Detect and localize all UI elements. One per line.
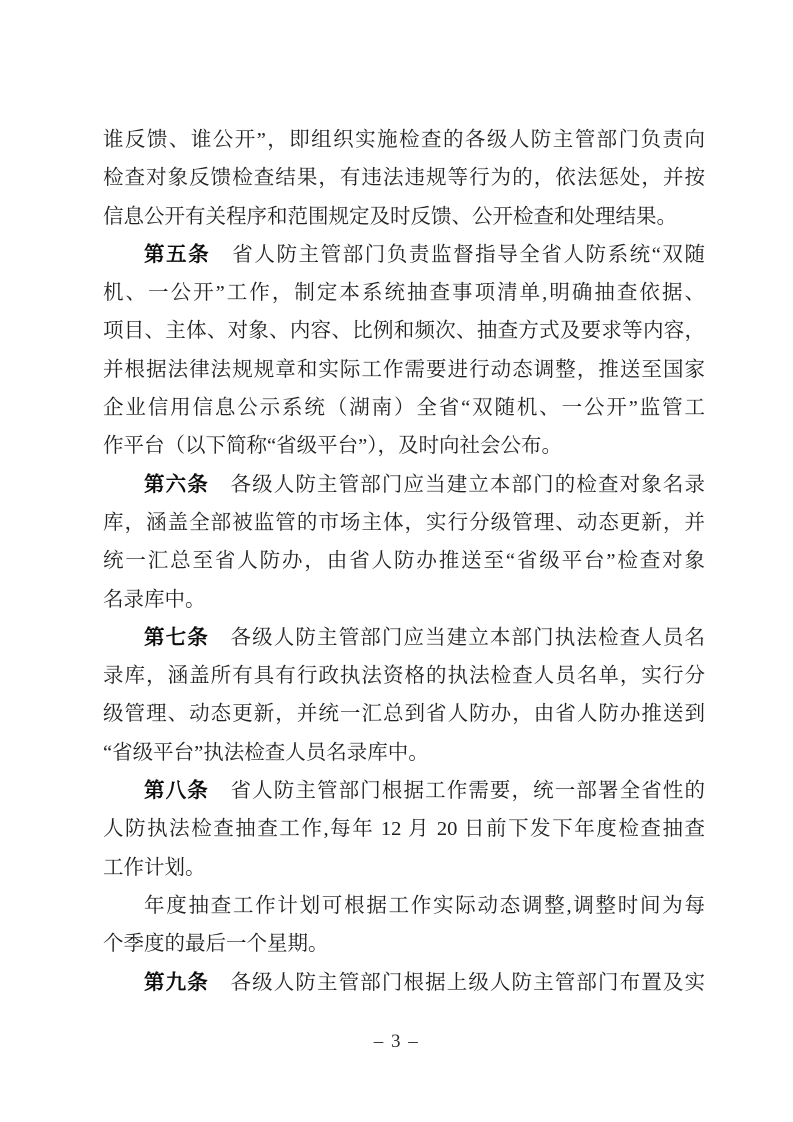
line-text: 谁反馈、谁公开”，即组织实施检查的各级人防主管部门负责向 bbox=[103, 129, 705, 151]
line-text: 检查对象反馈检查结果，有违法违规等行为的，依法惩处，并按 bbox=[103, 167, 705, 189]
line-text: 各级人防主管部门应当建立本部门执法检查人员名 bbox=[209, 627, 705, 649]
text-line: 库，涵盖全部被监管的市场主体，实行分级管理、动态更新，并 bbox=[103, 504, 705, 542]
article-number: 第八条 bbox=[144, 779, 209, 802]
text-line: 第九条 各级人防主管部门根据上级人防主管部门布置及实 bbox=[103, 964, 705, 1002]
line-text: 机、一公开”工作，制定本系统抽查事项清单,明确抽查依据、 bbox=[103, 282, 705, 304]
text-line: “省级平台”执法检查人员名录库中。 bbox=[103, 734, 705, 772]
page-footer: – 3 – bbox=[0, 1031, 793, 1053]
text-line: 机、一公开”工作，制定本系统抽查事项清单,明确抽查依据、 bbox=[103, 274, 705, 312]
text-line: 谁反馈、谁公开”，即组织实施检查的各级人防主管部门负责向 bbox=[103, 121, 705, 159]
article-number: 第五条 bbox=[144, 243, 210, 266]
text-line: 年度抽查工作计划可根据工作实际动态调整,调整时间为每 bbox=[103, 887, 705, 925]
text-line: 个季度的最后一个星期。 bbox=[103, 925, 705, 963]
text-line: 项目、主体、对象、内容、比例和频次、抽查方式及要求等内容， bbox=[103, 312, 705, 350]
text-line: 信息公开有关程序和范围规定及时反馈、公开检查和处理结果。 bbox=[103, 198, 705, 236]
text-line: 名录库中。 bbox=[103, 581, 705, 619]
line-text: 作平台（以下简称“省级平台”），及时向社会公布。 bbox=[103, 435, 562, 457]
text-line: 作平台（以下简称“省级平台”），及时向社会公布。 bbox=[103, 427, 705, 465]
article-number: 第九条 bbox=[144, 971, 209, 994]
article-number: 第六条 bbox=[144, 473, 209, 496]
text-line: 检查对象反馈检查结果，有违法违规等行为的，依法惩处，并按 bbox=[103, 159, 705, 197]
line-text: 级管理、动态更新，并统一汇总到省人防办，由省人防办推送到 bbox=[103, 703, 705, 725]
line-text: 项目、主体、对象、内容、比例和频次、抽查方式及要求等内容， bbox=[103, 320, 705, 342]
text-line: 第五条 省人防主管部门负责监督指导全省人防系统“双随 bbox=[103, 236, 705, 274]
line-text: “省级平台”执法检查人员名录库中。 bbox=[103, 742, 429, 764]
article-number: 第七条 bbox=[144, 626, 209, 649]
text-line: 工作计划。 bbox=[103, 849, 705, 887]
line-text: 各级人防主管部门应当建立本部门的检查对象名录 bbox=[209, 474, 705, 496]
text-line: 第六条 各级人防主管部门应当建立本部门的检查对象名录 bbox=[103, 466, 705, 504]
text-line: 录库，涵盖所有具有行政执法资格的执法检查人员名单，实行分 bbox=[103, 657, 705, 695]
page-number: – 3 – bbox=[374, 1031, 420, 1052]
line-text: 库，涵盖全部被监管的市场主体，实行分级管理、动态更新，并 bbox=[103, 512, 705, 534]
line-text: 省人防主管部门根据工作需要，统一部署全省性的 bbox=[209, 780, 705, 802]
line-text: 工作计划。 bbox=[103, 857, 206, 879]
document-body: 谁反馈、谁公开”，即组织实施检查的各级人防主管部门负责向检查对象反馈检查结果，有… bbox=[103, 121, 705, 1002]
document-page: 谁反馈、谁公开”，即组织实施检查的各级人防主管部门负责向检查对象反馈检查结果，有… bbox=[0, 0, 793, 1122]
line-text: 人防执法检查抽查工作,每年 12 月 20 日前下发下年度检查抽查 bbox=[103, 818, 705, 840]
line-text: 省人防主管部门负责监督指导全省人防系统“双随 bbox=[210, 244, 705, 266]
line-text: 名录库中。 bbox=[103, 589, 206, 611]
text-line: 并根据法律法规规章和实际工作需要进行动态调整，推送至国家 bbox=[103, 351, 705, 389]
text-line: 第八条 省人防主管部门根据工作需要，统一部署全省性的 bbox=[103, 772, 705, 810]
text-line: 级管理、动态更新，并统一汇总到省人防办，由省人防办推送到 bbox=[103, 695, 705, 733]
line-text: 各级人防主管部门根据上级人防主管部门布置及实 bbox=[209, 972, 705, 994]
line-text: 企业信用信息公示系统（湖南）全省“双随机、一公开”监管工 bbox=[103, 397, 705, 419]
text-line: 企业信用信息公示系统（湖南）全省“双随机、一公开”监管工 bbox=[103, 389, 705, 427]
line-text: 年度抽查工作计划可根据工作实际动态调整,调整时间为每 bbox=[144, 895, 705, 917]
text-line: 统一汇总至省人防办，由省人防办推送至“省级平台”检查对象 bbox=[103, 542, 705, 580]
line-text: 并根据法律法规规章和实际工作需要进行动态调整，推送至国家 bbox=[103, 359, 705, 381]
text-line: 第七条 各级人防主管部门应当建立本部门执法检查人员名 bbox=[103, 619, 705, 657]
line-text: 统一汇总至省人防办，由省人防办推送至“省级平台”检查对象 bbox=[103, 550, 705, 572]
line-text: 信息公开有关程序和范围规定及时反馈、公开检查和处理结果。 bbox=[103, 206, 677, 228]
line-text: 录库，涵盖所有具有行政执法资格的执法检查人员名单，实行分 bbox=[103, 665, 705, 687]
text-line: 人防执法检查抽查工作,每年 12 月 20 日前下发下年度检查抽查 bbox=[103, 810, 705, 848]
line-text: 个季度的最后一个星期。 bbox=[103, 933, 329, 955]
